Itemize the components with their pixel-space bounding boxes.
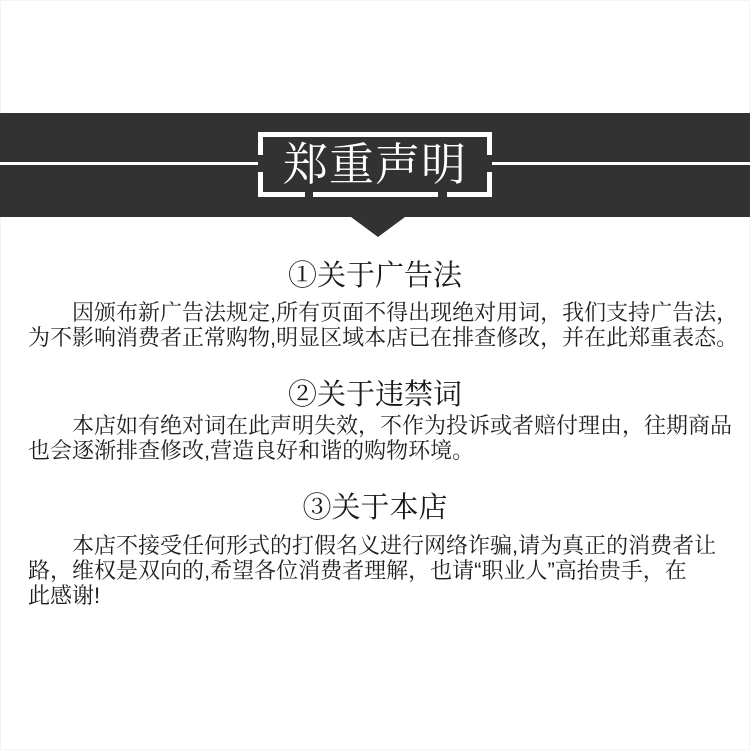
banner: 郑重声明 bbox=[0, 113, 750, 217]
section-heading-about-store: ③关于本店 bbox=[0, 493, 750, 523]
statement-notice: 郑重声明 ①关于广告法 因颁布新广告法规定,所有页面不得出现绝对用词，我们支持广… bbox=[0, 0, 750, 750]
section-body-about-store: 本店不接受任何形式的打假名义进行网络诈骗,请为真正的消费者让 路，维权是双向的,… bbox=[28, 533, 722, 608]
body-line: 为不影响消费者正常购物,明显区域本店已在排查修改，并在此郑重表态。 bbox=[28, 325, 722, 350]
section-heading-prohibited-words: ②关于违禁词 bbox=[0, 380, 750, 410]
section-body-advertising-law: 因颁布新广告法规定,所有页面不得出现绝对用词，我们支持广告法， 为不影响消费者正… bbox=[28, 300, 722, 350]
body-line: 本店如有绝对词在此声明失效，不作为投诉或者赔付理由，往期商品 bbox=[28, 413, 722, 438]
body-line: 因颁布新广告法规定,所有页面不得出现绝对用词，我们支持广告法， bbox=[28, 300, 722, 325]
section-heading-advertising-law: ①关于广告法 bbox=[0, 261, 750, 291]
section-body-prohibited-words: 本店如有绝对词在此声明失效，不作为投诉或者赔付理由，往期商品 也会逐渐排查修改,… bbox=[28, 413, 722, 463]
body-line: 路，维权是双向的,希望各位消费者理解，也请“职业人”高抬贵手，在 bbox=[28, 558, 722, 583]
border-gap-left bbox=[258, 155, 263, 172]
border-gap-bottom-right bbox=[438, 192, 447, 197]
title-box: 郑重声明 bbox=[258, 132, 492, 197]
page-title: 郑重声明 bbox=[263, 137, 487, 192]
body-line: 此感谢! bbox=[28, 583, 722, 608]
triangle-down-icon bbox=[351, 217, 405, 237]
border-gap-right bbox=[487, 155, 492, 172]
border-gap-bottom-left bbox=[305, 192, 313, 197]
body-line: 本店不接受任何形式的打假名义进行网络诈骗,请为真正的消费者让 bbox=[28, 533, 722, 558]
body-line: 也会逐渐排查修改,营造良好和谐的购物环境。 bbox=[28, 438, 722, 463]
